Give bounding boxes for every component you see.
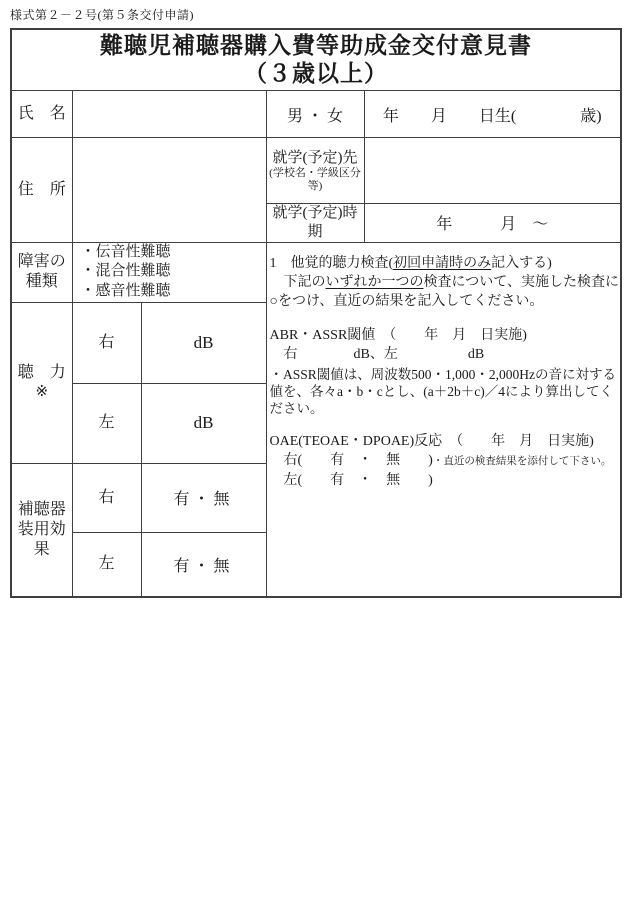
form-title-line1: 難聴児補聴器購入費等助成金交付意見書	[12, 32, 620, 60]
disability-type-item: ・混合性難聴	[81, 262, 264, 282]
hearing-left-label: 左	[72, 383, 141, 463]
address-value-cell	[72, 138, 266, 243]
form-title-line2: （３歳以上）	[12, 60, 620, 88]
aid-right-label: 右	[72, 463, 141, 532]
aid-left-label: 左	[72, 532, 141, 597]
hearing-right-label: 右	[72, 302, 141, 383]
disability-type-item: ・伝音性難聴	[81, 243, 264, 263]
oae-right-line: 右( 有 ・ 無 )・直近の検査結果を添付して下さい。	[270, 451, 618, 471]
hearing-left-db: dB	[141, 383, 266, 463]
exam-instruction-line1: 下記のいずれか一つの検査について、実施した検査に	[270, 273, 618, 292]
form-title: 難聴児補聴器購入費等助成金交付意見書 （３歳以上）	[11, 29, 621, 91]
birthdate-template: 年 月 日生( 歳)	[364, 91, 621, 138]
hearing-right-db: dB	[141, 302, 266, 383]
disability-label: 障害の種類	[11, 242, 72, 302]
sex-options: 男 ・ 女	[266, 91, 364, 138]
school-label-cell: 就学(予定)先 (学校名・学級区分等)	[266, 138, 364, 204]
school-value-cell	[364, 138, 621, 204]
name-label: 氏 名	[11, 91, 72, 138]
address-label: 住 所	[11, 138, 72, 243]
oae-left-line: 左( 有 ・ 無 )	[270, 471, 618, 490]
assr-note: ・ASSR閾値は、周波数500・1,000・2,000Hzの音に対する値を、各々…	[270, 366, 618, 417]
form-table: 難聴児補聴器購入費等助成金交付意見書 （３歳以上） 氏 名 男 ・ 女 年 月 …	[10, 28, 622, 598]
school-sublabel: (学校名・学級区分等)	[269, 167, 362, 192]
school-label: 就学(予定)先	[273, 150, 358, 166]
abr-values: 右 dB、左 dB	[270, 345, 618, 364]
exam-panel: 1 他覚的聴力検査(初回申請時のみ記入する) 下記のいずれか一つの検査について、…	[266, 242, 621, 597]
abr-assr-block: ABR・ASSR閾値 （ 年 月 日実施) 右 dB、左 dB	[270, 326, 618, 364]
disability-types: ・伝音性難聴 ・混合性難聴 ・感音性難聴	[72, 242, 266, 302]
oae-block: OAE(TEOAE・DPOAE)反応 （ 年 月 日実施) 右( 有 ・ 無 )…	[270, 432, 618, 490]
school-time-label: 就学(予定)時期	[266, 204, 364, 243]
aid-left-presence: 有・無	[141, 532, 266, 597]
hearing-label-cell: 聴 力 ※	[11, 302, 72, 463]
form-number: 様式第２－２号(第５条交付申請)	[10, 6, 194, 23]
exam-heading: 1 他覚的聴力検査(初回申請時のみ記入する)	[270, 254, 618, 273]
oae-attach-note: ・直近の検査結果を添付して下さい。	[433, 456, 612, 467]
name-value-cell	[72, 91, 266, 138]
aid-right-presence: 有・無	[141, 463, 266, 532]
hearing-label: 聴 力	[14, 363, 70, 383]
school-time-value: 年 月 ～	[364, 204, 621, 243]
oae-title: OAE(TEOAE・DPOAE)反応 （ 年 月 日実施)	[270, 432, 618, 451]
aid-effect-label: 補聴器装用効果	[11, 463, 72, 597]
exam-instruction-line2: ○をつけ、直近の結果を記入してください。	[270, 292, 618, 311]
hearing-note-mark: ※	[14, 383, 70, 402]
form-page: 様式第２－２号(第５条交付申請) 難聴児補聴器購入費等助成金交付意見書 （３歳以…	[0, 0, 630, 903]
abr-title: ABR・ASSR閾値 （ 年 月 日実施)	[270, 326, 618, 345]
disability-type-item: ・感音性難聴	[81, 282, 264, 302]
